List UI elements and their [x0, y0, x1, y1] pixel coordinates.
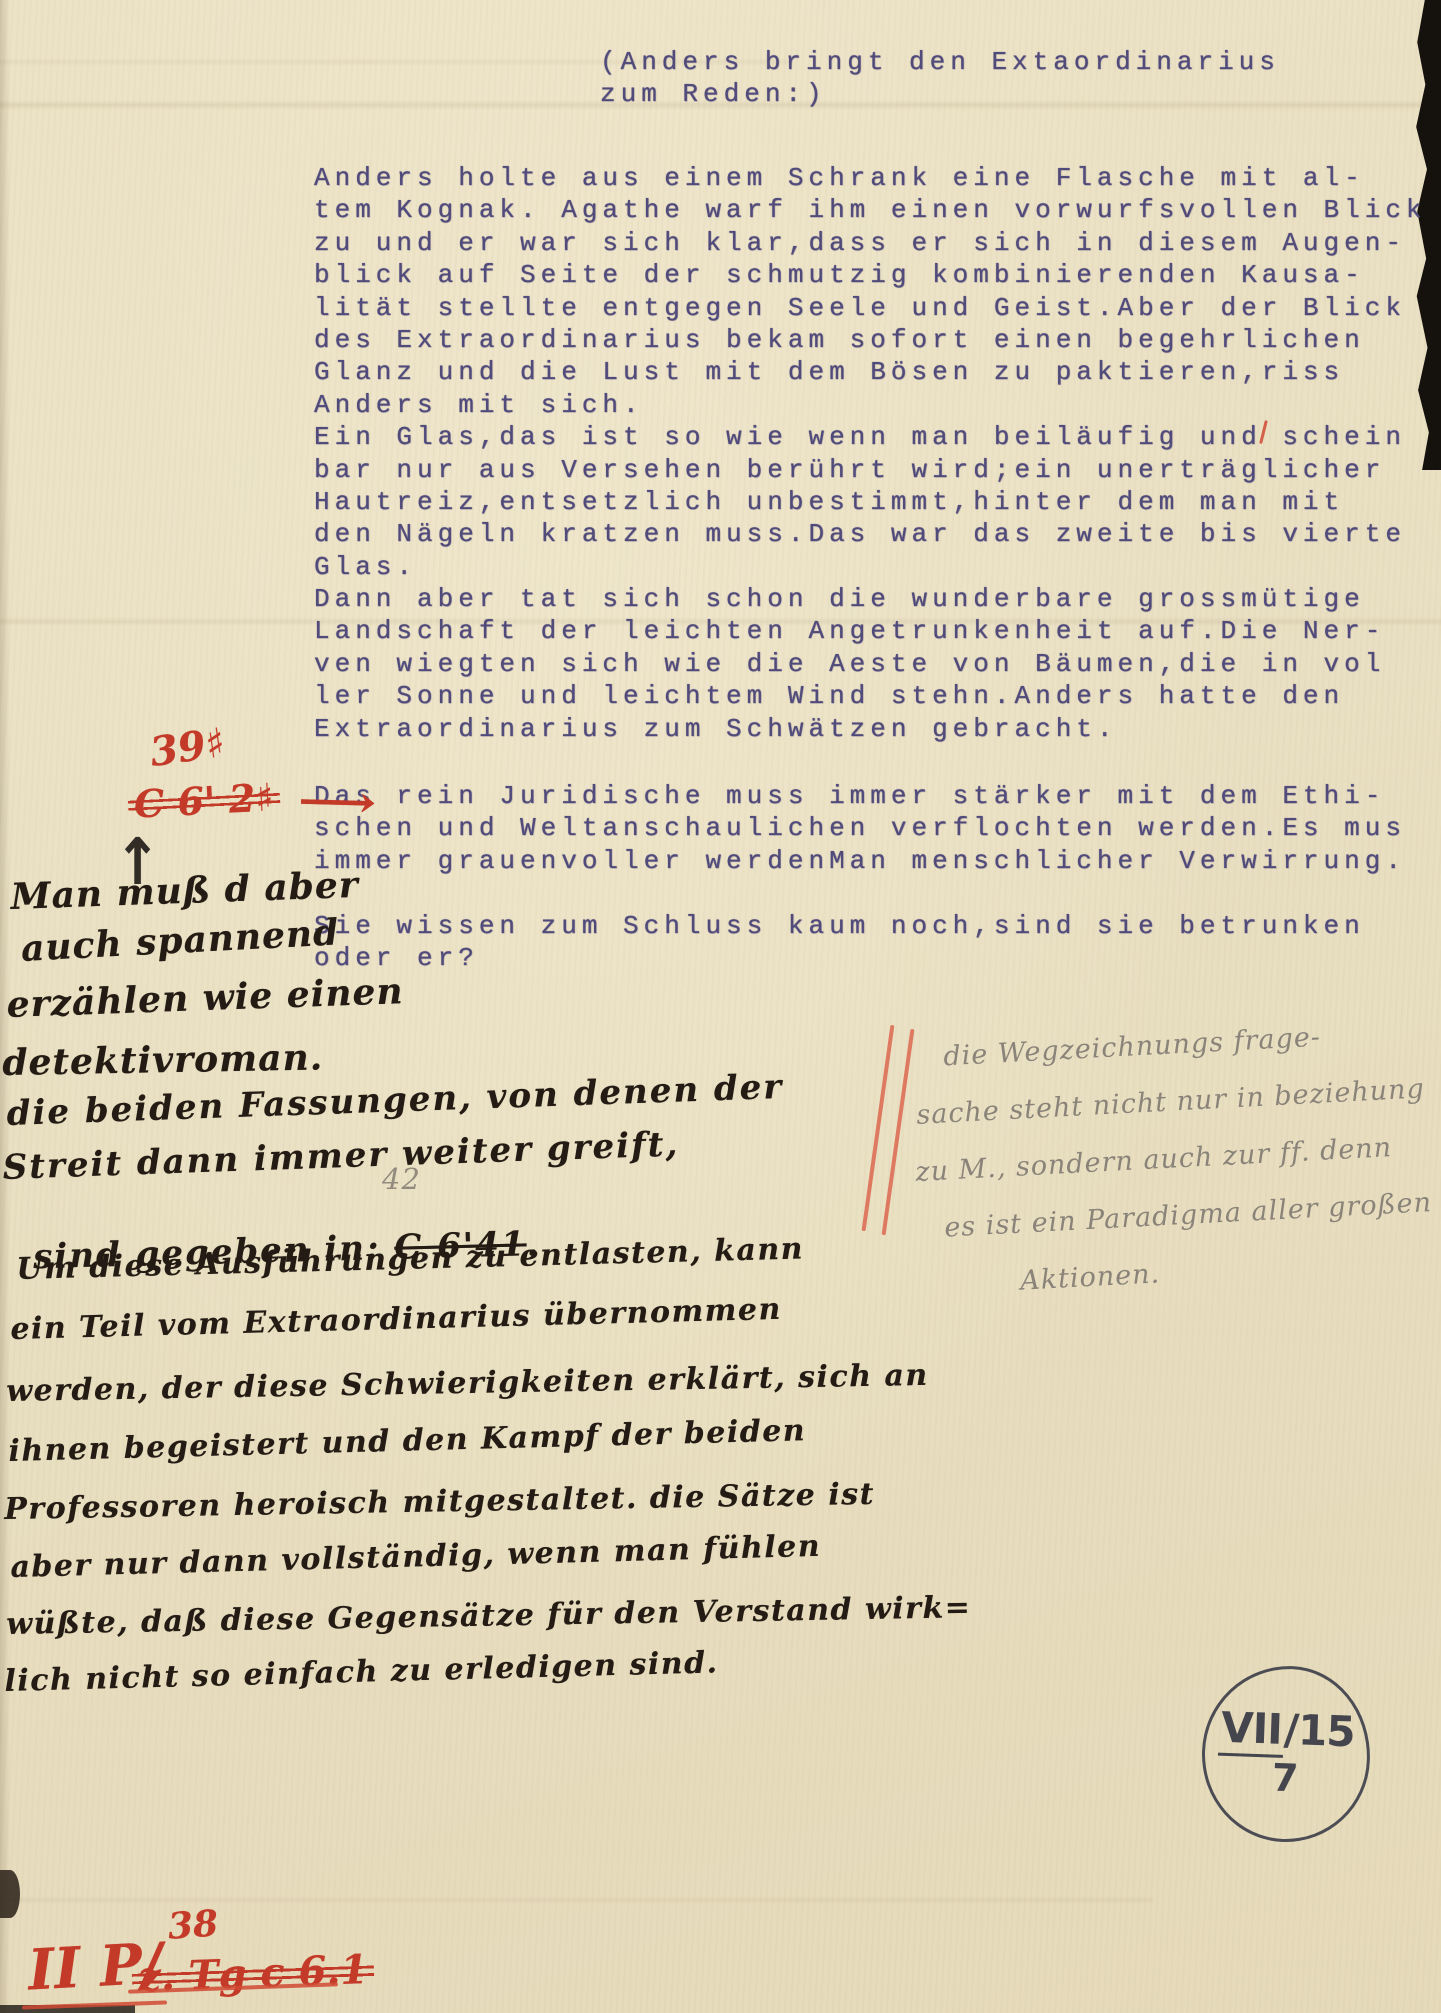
scan-smudge — [0, 1870, 20, 1918]
typed-paragraph-1: Anders holte aus einem Schrank eine Flas… — [314, 162, 1427, 745]
typed-line: Extraordinarius zum Schwätzen gebracht. — [314, 713, 1427, 745]
stamp-denominator: /15 — [1283, 1705, 1355, 1756]
red-bottom-crossed: z. Tg c 6.1 — [131, 1946, 375, 2001]
typed-line: zu und er war sich klar,dass er sich in … — [314, 227, 1427, 259]
typed-line: bar nur aus Versehen berührt wird;ein un… — [314, 454, 1427, 486]
typed-line: ler Sonne und leichtem Wind stehn.Anders… — [314, 680, 1427, 712]
typed-line: blick auf Seite der schmutzig kombiniere… — [314, 259, 1427, 291]
pencil-correction: 42 — [382, 1162, 421, 1196]
typed-line: Glas. — [314, 551, 1427, 583]
handwritten-line: wüßte, daß diese Gegensätze für den Vers… — [6, 1590, 972, 1642]
typed-line: Anders holte aus einem Schrank eine Flas… — [314, 162, 1427, 194]
red-catalog-number: 39♯ — [147, 719, 228, 776]
typed-line: Dann aber tat sich schon die wunderbare … — [314, 583, 1427, 615]
handwritten-line: Man muß d aber — [10, 864, 359, 918]
stamp-fraction: VII/15 — [1218, 1706, 1355, 1755]
page: { "colors": { "paper": "#e9dfc3", "typew… — [0, 0, 1441, 2013]
handwritten-note-right: die Wegzeichnungs frage- sache steht nic… — [912, 1007, 1356, 1314]
typed-paragraph-3: Sie wissen zum Schluss kaum noch,sind si… — [314, 910, 1365, 975]
archive-stamp: VII/15 7 — [1199, 1663, 1373, 1845]
typed-line: Anders mit sich. — [314, 389, 1427, 421]
red-bottom-crossed-text: z. Tg c 6.1 — [131, 1946, 375, 2001]
typed-line: des Extraordinarius bekam sofort einen b… — [314, 324, 1427, 356]
handwritten-line: Professoren heroisch mitgestaltet. die S… — [4, 1477, 875, 1527]
typed-header: (Anders bringt den Extaordinariuszum Red… — [600, 46, 1280, 111]
handwritten-line: erzählen wie einen — [6, 970, 404, 1026]
typed-line: ven wiegten sich wie die Aeste von Bäume… — [314, 648, 1427, 680]
red-crossed-catalog: C 6' 2♯ — [127, 774, 281, 827]
typed-line: immer grauenvoller werdenMan menschliche… — [314, 845, 1406, 877]
typed-line: zum Reden:) — [600, 78, 1280, 110]
handwritten-line: aber nur dann vollständig, wenn man fühl… — [10, 1529, 821, 1585]
handwritten-line: werden, der diese Schwierigkeiten erklär… — [6, 1358, 929, 1409]
typed-line: Glanz und die Lust mit dem Bösen zu pakt… — [314, 356, 1427, 388]
handwritten-line: Streit dann immer weiter greift, — [2, 1124, 680, 1188]
handwritten-line: lich nicht so einfach zu erledigen sind. — [4, 1645, 719, 1699]
typed-line: tem Kognak. Agathe warf ihm einen vorwur… — [314, 194, 1427, 226]
typed-line: den Nägeln kratzen muss.Das war das zwei… — [314, 518, 1427, 550]
typed-line: lität stellte entgegen Seele und Geist.A… — [314, 292, 1427, 324]
handwritten-line: ihnen begeistert und den Kampf der beide… — [8, 1413, 807, 1469]
typed-line: Das rein Juridische muss immer stärker m… — [314, 780, 1406, 812]
typed-line: (Anders bringt den Extaordinarius — [600, 46, 1280, 78]
typed-line: Sie wissen zum Schluss kaum noch,sind si… — [314, 910, 1365, 942]
stamp-numerator: VII — [1218, 1703, 1285, 1758]
red-crossed-catalog-text: C 6' 2♯ — [127, 774, 281, 827]
typed-line: oder er? — [314, 942, 1365, 974]
handwritten-line: ein Teil vom Extraordinarius übernommen — [10, 1292, 782, 1347]
red-arrow-right-icon: ⟶ — [297, 776, 377, 827]
handwritten-line: detektivroman. — [2, 1036, 324, 1084]
typed-paragraph-2: Das rein Juridische muss immer stärker m… — [314, 780, 1406, 877]
typed-line: Landschaft der leichten Angetrunkenheit … — [314, 615, 1427, 647]
stamp-page-number: 7 — [1271, 1756, 1299, 1801]
paper-crease — [0, 1896, 1153, 1904]
typed-line: schen und Weltanschaulichen verflochten … — [314, 812, 1406, 844]
typed-line: Hautreiz,entsetzlich unbestimmt,hinter d… — [314, 486, 1427, 518]
red-bottom-number: 38 — [167, 1902, 220, 1947]
handwritten-line: auch spannend — [20, 911, 340, 970]
